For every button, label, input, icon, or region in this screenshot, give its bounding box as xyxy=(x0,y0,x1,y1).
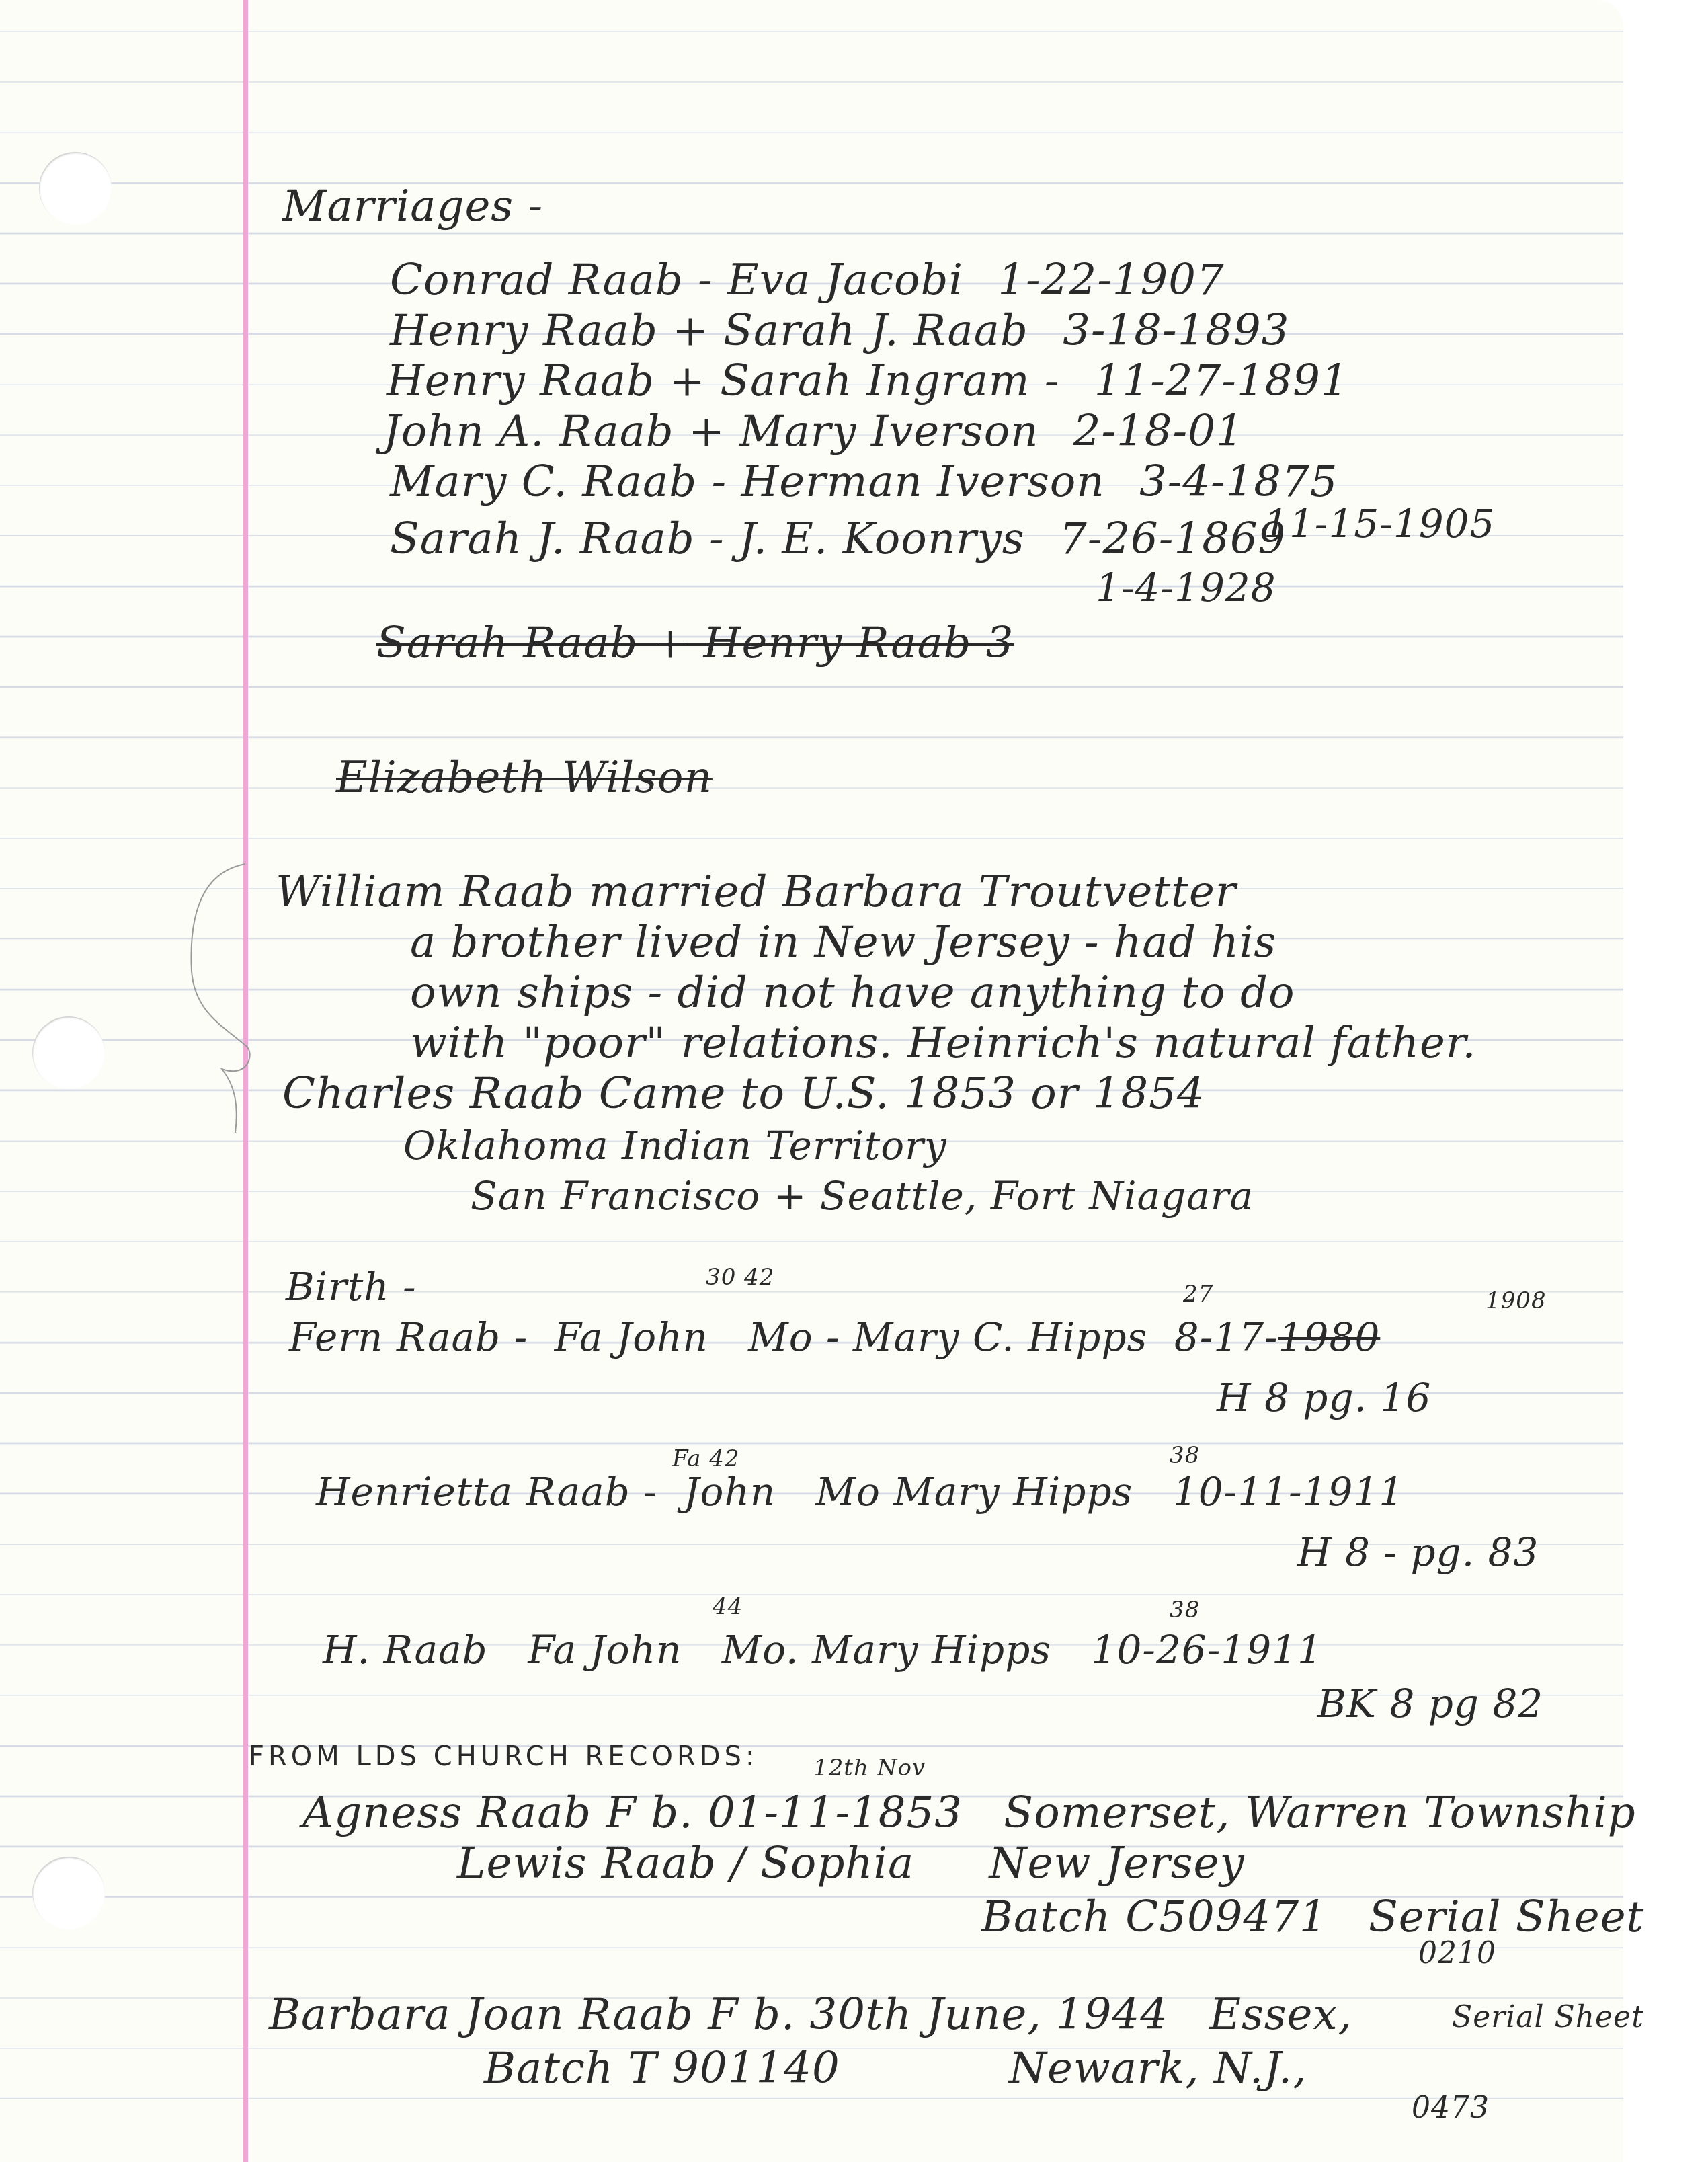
note-line: Charles Raab Came to U.S. 1853 or 1854 xyxy=(282,1069,1205,1119)
marriage-entry: Henry Raab + Sarah J. Raab 3-18-1893 xyxy=(390,306,1290,356)
punch-hole-top xyxy=(39,152,112,225)
birth-date: 10-26-1911 xyxy=(1091,1627,1322,1673)
record-place: Somerset, Warren Township xyxy=(1004,1788,1635,1838)
marriage-entry: Conrad Raab - Eva Jacobi 1-22-1907 xyxy=(390,255,1225,305)
punch-hole-middle xyxy=(32,1016,105,1089)
lds-record-line: Batch T 901140 Newark, N.J., xyxy=(484,2044,1307,2093)
mother-age: 38 xyxy=(1170,1442,1200,1469)
mother-name: Mo. Mary Hipps xyxy=(722,1627,1051,1673)
births-heading: Birth - xyxy=(286,1264,417,1310)
marriage-extra-date: 1-4-1928 xyxy=(1096,565,1276,610)
serial-sheet-number: 0473 xyxy=(1412,2091,1490,2125)
serial-sheet-number: 0210 xyxy=(1418,1936,1496,1970)
note-line: a brother lived in New Jersey - had his xyxy=(410,918,1276,967)
birth-date: 8-17- xyxy=(1174,1314,1278,1360)
record-reference: H 8 - pg. 83 xyxy=(1297,1529,1539,1575)
birth-entry: H. Raab Fa John Mo. Mary Hipps 10-26-191… xyxy=(323,1627,1323,1673)
batch-number: Batch C509471 xyxy=(981,1892,1328,1942)
marriage-entry: Mary C. Raab - Herman Iverson 3-4-1875 xyxy=(390,457,1338,507)
record-name-date: Agness Raab F b. 01-11-1853 xyxy=(302,1788,963,1838)
record-place: Essex, xyxy=(1209,1990,1352,2040)
marriage-date: 1-22-1907 xyxy=(998,255,1224,305)
marriage-names: John A. Raab + Mary Iverson xyxy=(383,407,1039,456)
marriage-names: Mary C. Raab - Herman Iverson xyxy=(390,457,1105,507)
lds-record-line: Lewis Raab / Sophia New Jersey xyxy=(457,1839,1245,1888)
birth-entry: Fern Raab - Fa John Mo - Mary C. Hipps 8… xyxy=(289,1314,1380,1360)
mother-name: Mo - Mary C. Hipps xyxy=(748,1314,1147,1360)
note-line: with "poor" relations. Heinrich's natura… xyxy=(410,1018,1477,1068)
father-age: Fa 42 xyxy=(672,1445,740,1472)
record-parents: Lewis Raab / Sophia xyxy=(457,1839,914,1888)
record-place: Newark, N.J., xyxy=(1009,2044,1307,2093)
note-line: San Francisco + Seattle, Fort Niagara xyxy=(471,1173,1254,1219)
child-name: Fern Raab - xyxy=(289,1314,528,1360)
marriage-date: 7-26-1869 xyxy=(1059,514,1286,564)
father-name: John xyxy=(684,1469,776,1515)
birth-entry: Henrietta Raab - John Mo Mary Hipps 10-1… xyxy=(316,1469,1404,1515)
serial-sheet-label: Serial Sheet xyxy=(1369,1892,1644,1942)
lds-record-line: Barbara Joan Raab F b. 30th June, 1944 E… xyxy=(269,1990,1352,2040)
corrected-year: 1908 xyxy=(1486,1287,1547,1314)
margin-bracket-mark xyxy=(181,850,262,1133)
lds-heading: FROM LDS CHURCH RECORDS: xyxy=(249,1741,758,1772)
marriage-entry: Sarah J. Raab - J. E. Koonrys 7-26-1869 xyxy=(390,514,1286,564)
birth-date: 10-11-1911 xyxy=(1173,1469,1404,1515)
date-superscript: 12th Nov xyxy=(813,1755,926,1781)
mother-age: 38 xyxy=(1170,1597,1200,1624)
note-line: Oklahoma Indian Territory xyxy=(403,1123,947,1168)
serial-sheet-label: Serial Sheet xyxy=(1452,2000,1644,2034)
note-line: own ships - did not have anything to do xyxy=(410,968,1295,1018)
punch-hole-bottom xyxy=(32,1857,105,1929)
record-reference: H 8 pg. 16 xyxy=(1217,1375,1431,1420)
marriage-names: Henry Raab + Sarah J. Raab xyxy=(390,306,1028,356)
father-age: 44 xyxy=(713,1593,743,1620)
child-name: Henrietta Raab - xyxy=(316,1469,657,1515)
struck-name: Elizabeth Wilson xyxy=(336,753,713,803)
struck-year: 1980 xyxy=(1278,1314,1381,1360)
marriage-date: 3-18-1893 xyxy=(1063,306,1289,356)
father-name: Fa John xyxy=(555,1314,708,1360)
mother-name: Mo Mary Hipps xyxy=(816,1469,1133,1515)
record-place: New Jersey xyxy=(989,1839,1245,1888)
record-name-date: Barbara Joan Raab F b. 30th June, 1944 xyxy=(269,1990,1168,2040)
marriage-names: Henry Raab + Sarah Ingram - xyxy=(387,356,1059,406)
marriage-entry: John A. Raab + Mary Iverson 2-18-01 xyxy=(383,407,1244,456)
lds-record-line: Agness Raab F b. 01-11-1853 Somerset, Wa… xyxy=(302,1788,1636,1838)
note-line: William Raab married Barbara Troutvetter xyxy=(276,867,1236,917)
father-name: Fa John xyxy=(528,1627,682,1673)
child-name: H. Raab xyxy=(323,1627,488,1673)
marriage-date: 2-18-01 xyxy=(1073,407,1244,456)
marriage-entry: Henry Raab + Sarah Ingram - 11-27-1891 xyxy=(387,356,1349,406)
marriage-names: Conrad Raab - Eva Jacobi xyxy=(390,255,963,305)
mother-age: 27 xyxy=(1183,1281,1213,1308)
father-age: 30 42 xyxy=(706,1264,774,1291)
record-reference: BK 8 pg 82 xyxy=(1317,1681,1543,1726)
batch-number: Batch T 901140 xyxy=(484,2044,840,2093)
marriage-extra-date: 11-15-1905 xyxy=(1264,501,1495,547)
marriage-names: Sarah J. Raab - J. E. Koonrys xyxy=(390,514,1025,564)
lds-record-line: Batch C509471 Serial Sheet xyxy=(981,1892,1644,1942)
marriages-heading: Marriages - xyxy=(282,182,543,231)
marriage-date: 3-4-1875 xyxy=(1139,457,1338,507)
marriage-date: 11-27-1891 xyxy=(1094,356,1349,406)
struck-marriage-line: Sarah Raab + Henry Raab 3 xyxy=(376,618,1014,668)
serial-label: Serial Sheet xyxy=(1452,2000,1644,2034)
